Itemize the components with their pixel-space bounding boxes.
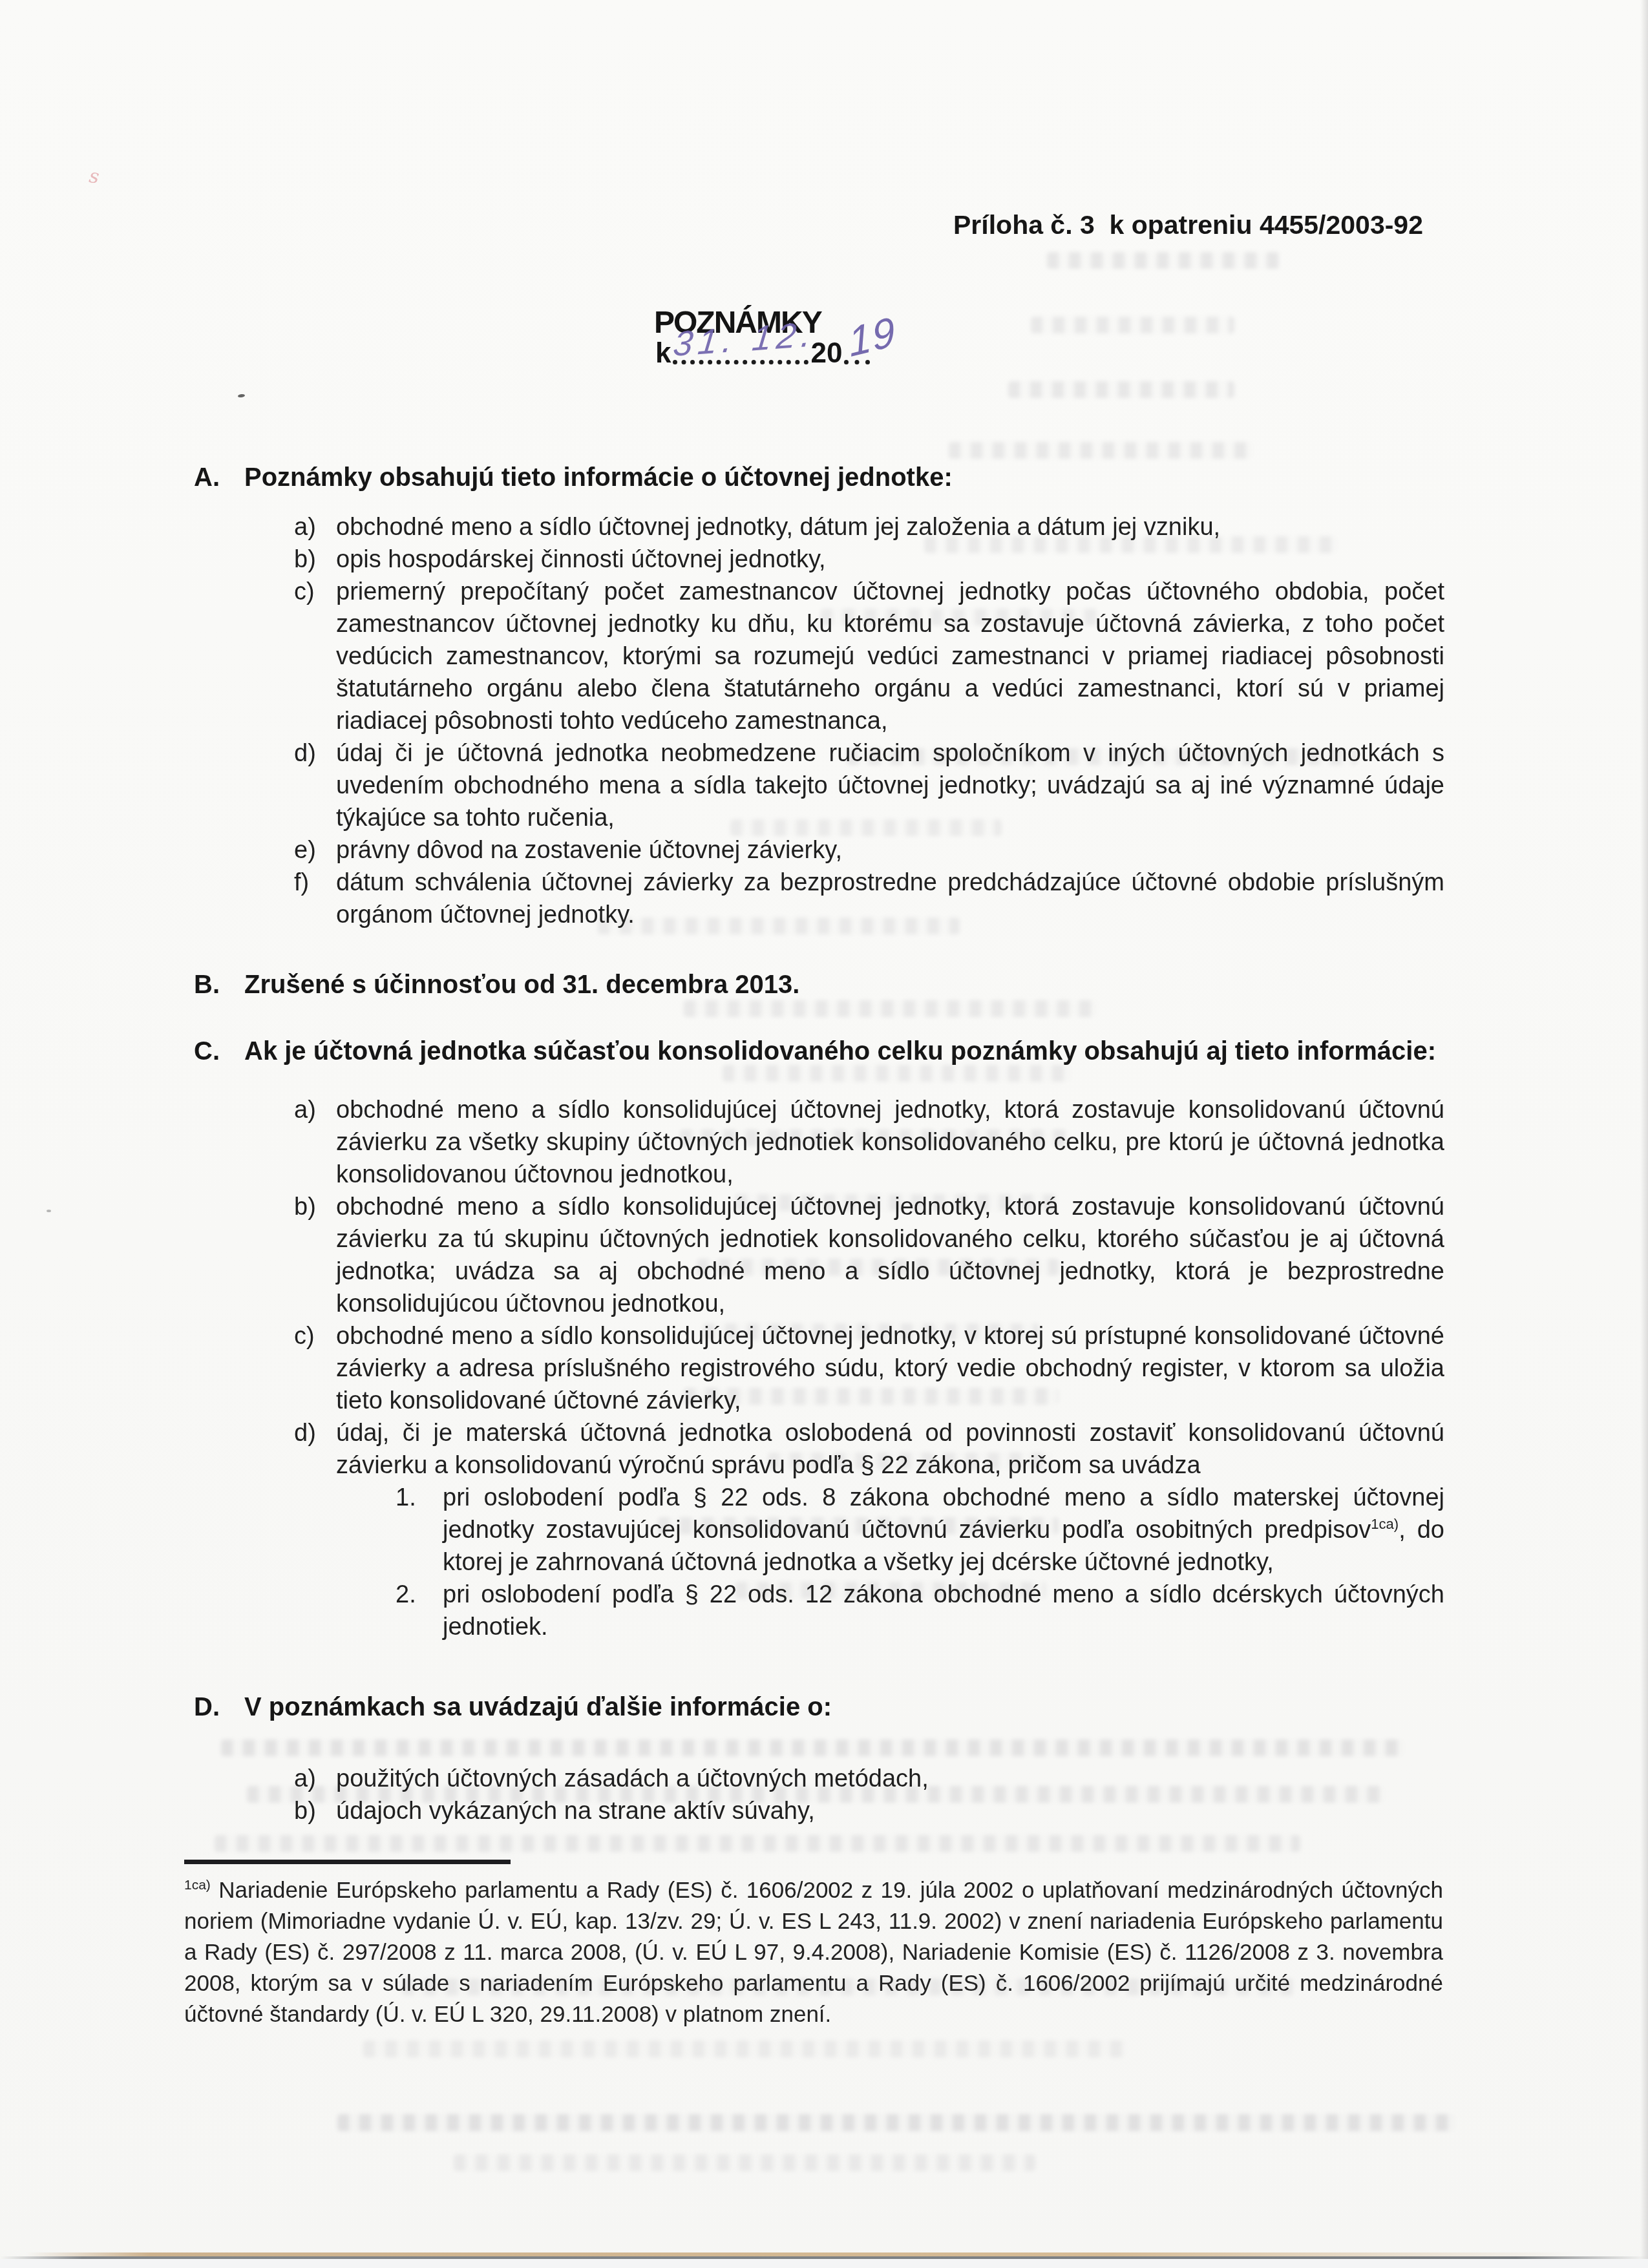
item-label: a) xyxy=(294,1763,336,1795)
item-label: a) xyxy=(294,1094,336,1191)
scanned-document-page: Príloha č. 3 k opatreniu 4455/2003-92 PO… xyxy=(0,0,1648,2268)
section-c-heading-text: Ak je účtovná jednotka súčasťou konsolid… xyxy=(244,1036,1436,1067)
item-text: právny dôvod na zostavenie účtovnej závi… xyxy=(336,834,1444,866)
sublist-item: 1. pri oslobodení podľa § 22 ods. 8 záko… xyxy=(396,1482,1444,1579)
item-text: opis hospodárskej činnosti účtovnej jedn… xyxy=(336,543,1444,576)
footnote-text: Nariadenie Európskeho parlamentu a Rady … xyxy=(184,1878,1443,2027)
ink-speck xyxy=(238,394,246,397)
footnote-reference: 1ca) xyxy=(1371,1516,1399,1532)
section-b-heading-text: Zrušené s účinnosťou od 31. decembra 201… xyxy=(244,969,799,1000)
attachment-reference: Príloha č. 3 k opatreniu 4455/2003-92 xyxy=(953,210,1423,240)
item-text: obchodné meno a sídlo konsolidujúcej účt… xyxy=(336,1320,1444,1417)
handwritten-year: 19 xyxy=(846,307,898,367)
bleedthrough-text-line xyxy=(337,2114,1455,2131)
subitem-text-before: pri oslobodení podľa § 22 ods. 8 zákona … xyxy=(443,1484,1444,1544)
item-label: d) xyxy=(294,1417,336,1482)
bleedthrough-text-line xyxy=(215,1835,1300,1852)
bleedthrough-text-line xyxy=(454,2154,1035,2171)
item-text: údajoch vykázaných na strane aktív súvah… xyxy=(336,1795,1444,1827)
list-item: b) opis hospodárskej činnosti účtovnej j… xyxy=(294,543,1444,576)
section-b-label: B. xyxy=(194,969,244,1000)
bleedthrough-text-line xyxy=(1008,381,1234,398)
item-label: a) xyxy=(294,511,336,543)
section-d-label: D. xyxy=(194,1692,244,1723)
section-b-heading: B. Zrušené s účinnosťou od 31. decembra … xyxy=(194,969,1444,1000)
ink-speck xyxy=(47,1210,51,1212)
list-item: c) obchodné meno a sídlo konsolidujúcej … xyxy=(294,1320,1444,1417)
numbered-sublist: 1. pri oslobodení podľa § 22 ods. 8 záko… xyxy=(396,1482,1444,1643)
footnote-marker: 1ca) xyxy=(184,1878,211,1893)
scan-background-below-page xyxy=(0,2259,1648,2268)
item-label: b) xyxy=(294,1795,336,1827)
section-c-heading: C. Ak je účtovná jednotka súčasťou konso… xyxy=(194,1036,1444,1067)
section-d: D. V poznámkach sa uvádzajú ďalšie infor… xyxy=(194,1692,1444,1827)
item-text: obchodné meno a sídlo konsolidujúcej účt… xyxy=(336,1094,1444,1191)
item-text: dátum schválenia účtovnej závierky za be… xyxy=(336,866,1444,931)
item-label: b) xyxy=(294,1191,336,1320)
bleedthrough-text-line xyxy=(1031,317,1234,333)
date-prefix: k xyxy=(655,337,671,370)
sublist-item: 2. pri oslobodení podľa § 22 ods. 12 zák… xyxy=(396,1579,1444,1643)
section-c-label: C. xyxy=(194,1036,244,1067)
section-a-label: A. xyxy=(194,462,244,493)
item-text: priemerný prepočítaný počet zamestnancov… xyxy=(336,576,1444,737)
section-a-heading-text: Poznámky obsahujú tieto informácie o účt… xyxy=(244,462,953,493)
item-label: c) xyxy=(294,576,336,737)
bleedthrough-text-line xyxy=(684,1000,1097,1017)
date-century: 20 xyxy=(810,337,842,370)
subitem-number: 2. xyxy=(396,1579,443,1643)
list-item: b) údajoch vykázaných na strane aktív sú… xyxy=(294,1795,1444,1827)
list-item: b) obchodné meno a sídlo konsolidujúcej … xyxy=(294,1191,1444,1320)
section-a: A. Poznámky obsahujú tieto informácie o … xyxy=(194,462,1444,931)
bleedthrough-text-line xyxy=(363,2041,1126,2057)
item-label: b) xyxy=(294,543,336,576)
list-item: a) obchodné meno a sídlo účtovnej jednot… xyxy=(294,511,1444,543)
section-d-heading: D. V poznámkach sa uvádzajú ďalšie infor… xyxy=(194,1692,1444,1723)
list-item: a) použitých účtovných zásadách a účtovn… xyxy=(294,1763,1444,1795)
subitem-number: 1. xyxy=(396,1482,443,1579)
section-a-heading: A. Poznámky obsahujú tieto informácie o … xyxy=(194,462,1444,493)
item-text: obchodné meno a sídlo konsolidujúcej účt… xyxy=(336,1191,1444,1320)
footnote: 1ca) Nariadenie Európskeho parlamentu a … xyxy=(184,1875,1443,2030)
subitem-text: pri oslobodení podľa § 22 ods. 8 zákona … xyxy=(443,1482,1444,1579)
item-text: údaj či je účtovná jednotka neobmedzene … xyxy=(336,737,1444,834)
footnote-separator xyxy=(184,1860,511,1864)
item-label: f) xyxy=(294,866,336,931)
section-b: B. Zrušené s účinnosťou od 31. decembra … xyxy=(194,969,1444,1000)
item-label: e) xyxy=(294,834,336,866)
list-item: c) priemerný prepočítaný počet zamestnan… xyxy=(294,576,1444,737)
section-c: C. Ak je účtovná jednotka súčasťou konso… xyxy=(194,1036,1444,1643)
section-d-heading-text: V poznámkach sa uvádzajú ďalšie informác… xyxy=(244,1692,832,1723)
list-item: d) údaj, či je materská účtovná jednotka… xyxy=(294,1417,1444,1482)
item-text: použitých účtovných zásadách a účtovných… xyxy=(336,1763,1444,1795)
list-item: d) údaj či je účtovná jednotka neobmedze… xyxy=(294,737,1444,834)
item-text: údaj, či je materská účtovná jednotka os… xyxy=(336,1417,1444,1482)
red-ink-smudge: s xyxy=(88,165,101,189)
list-item: e) právny dôvod na zostavenie účtovnej z… xyxy=(294,834,1444,866)
list-item: a) obchodné meno a sídlo konsolidujúcej … xyxy=(294,1094,1444,1191)
list-item: f) dátum schválenia účtovnej závierky za… xyxy=(294,866,1444,931)
item-text: obchodné meno a sídlo účtovnej jednotky,… xyxy=(336,511,1444,543)
bleedthrough-text-line xyxy=(949,442,1252,459)
subitem-text: pri oslobodení podľa § 22 ods. 12 zákona… xyxy=(443,1579,1444,1643)
scan-right-edge-shadow xyxy=(1640,0,1648,2268)
item-label: c) xyxy=(294,1320,336,1417)
item-label: d) xyxy=(294,737,336,834)
bleedthrough-text-line xyxy=(1047,252,1280,269)
